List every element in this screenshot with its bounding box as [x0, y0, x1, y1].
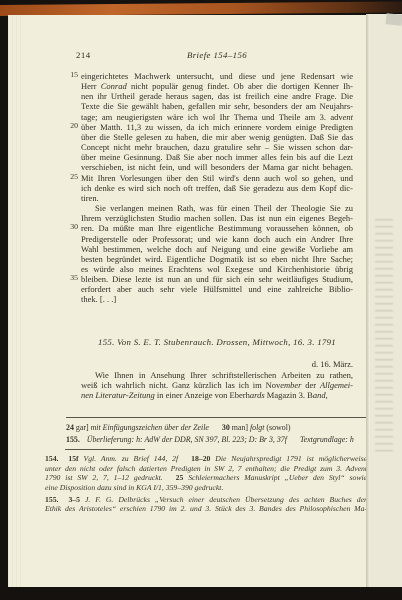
footnote-entry: 155. 3–5 J. F. G. Delbrücks „Versuch ein… — [45, 495, 367, 514]
text-line: ren. Da müßte man Ihre eigentliche Besti… — [81, 223, 353, 233]
apparatus-rule — [66, 417, 366, 418]
text-segment: folgt — [250, 423, 266, 432]
text-line: Wahl bestimmen, welche doch auf Neigung … — [81, 244, 353, 254]
text-segment: and, — [313, 390, 328, 400]
text-segment: tage; am neugierigsten wäre ich wol Ihr … — [81, 112, 343, 122]
text-segment: besten begründet wird. Eigentliche Dogma… — [81, 254, 353, 264]
text-line: Sie verlangen meinen Rath, was für einen… — [81, 203, 353, 213]
text-line: Ethik des Aristoteles“ erschien 1790 im … — [45, 504, 367, 514]
text-line: Ihrem verzüglichsten Studio machen solle… — [81, 213, 353, 223]
text-segment: ember — [280, 380, 301, 390]
text-line: weiß ich wahrlich nicht. Ganz kürzlich l… — [81, 380, 353, 390]
text-segment: Concept nicht mehr brauchen, dazu gratul… — [81, 142, 353, 152]
critical-apparatus: 24 gar] mit Einfügungszeichen über der Z… — [66, 422, 366, 446]
text-segment: 15f — [68, 454, 83, 463]
text-segment: gar] — [76, 423, 91, 432]
text-line: Predigerstelle oder Professorat; und wie… — [81, 234, 353, 244]
text-line: über Matth. 11,3 zu wissen, da ich mich … — [81, 122, 353, 132]
text-line: nen Literatur-Zeitung in einer Anzeige v… — [81, 390, 353, 400]
letter-155-dateline: d. 16. März. — [81, 359, 353, 369]
text-line: Wie Ihnen in Ansehung Ihrer schriftstell… — [81, 370, 353, 380]
text-segment: tiren. — [81, 193, 99, 203]
text-line: unter den nicht oder falsch datierten Pr… — [45, 464, 367, 474]
text-line: nen ihr Urtheil gerade heraus sagen, das… — [81, 91, 353, 101]
text-segment: der — [301, 380, 319, 390]
text-line: 155. 3–5 J. F. G. Delbrücks „Versuch ein… — [45, 495, 367, 505]
text-segment: Wie Ihnen in Ansehung Ihrer schriftstell… — [95, 370, 353, 380]
text-line: 1790 ist SW 2, 7, 1–12 gedruckt.25 Schle… — [45, 473, 367, 483]
text-line: tage; am neugierigsten wäre ich wol Ihr … — [81, 112, 353, 122]
text-segment: Wahl bestimmen, welche doch auf Neigung … — [81, 244, 353, 254]
text-line: Texte die Sie gewählt haben, gefallen mi… — [81, 101, 353, 111]
text-segment: unter den nicht oder falsch datierten Pr… — [45, 464, 367, 473]
text-segment: 25 — [176, 473, 189, 482]
text-segment: 155. — [66, 435, 82, 444]
letter-155-body-text: Wie Ihnen in Ansehung Ihrer schriftstell… — [81, 370, 353, 400]
text-segment: es würde also meines Erachtens wol Exege… — [81, 264, 353, 274]
text-line: tiren. — [81, 193, 353, 203]
text-segment: man] — [232, 423, 250, 432]
scanned-book-photo: { "colors":{"page_paper":"#f1eedb","cove… — [0, 0, 402, 600]
text-segment: Magazin 3. B — [265, 390, 313, 400]
margin-line-number: 15 — [64, 70, 78, 80]
letter-154-body-text: eingerichtetes Machwerk untersucht, und … — [81, 71, 353, 305]
text-line: verschieben, ist nicht fein, und will be… — [81, 162, 353, 172]
text-segment: Predigerstelle oder Professorat; und wie… — [81, 234, 353, 244]
text-line: eine Disposition dazu sind in KGA I/1, 3… — [45, 483, 367, 493]
text-line: eingerichtetes Machwerk untersucht, und … — [81, 71, 353, 81]
letter-155-heading: 155. Von S. E. T. Stubenrauch. Drossen, … — [81, 337, 353, 347]
adjacent-page-edge — [366, 14, 402, 587]
text-segment: nen ihr Urtheil gerade heraus sagen, das… — [81, 91, 353, 101]
text-segment: Conrad — [101, 81, 127, 91]
text-line: es würde also meines Erachtens wol Exege… — [81, 264, 353, 274]
text-segment: Vgl. Anm. zu Brief 144, 2f — [84, 454, 179, 463]
footnote-rule — [65, 449, 145, 450]
margin-line-number: 35 — [64, 273, 78, 283]
margin-line-number: 25 — [64, 172, 78, 182]
margin-line-number: 30 — [64, 222, 78, 232]
text-segment: (sowol) — [266, 423, 290, 432]
text-segment: 3–5 — [68, 495, 85, 504]
text-segment: Ihrem verzüglichsten Studio machen solle… — [81, 213, 353, 223]
text-segment: thek. [. . .] — [81, 294, 116, 304]
text-segment: 18–20 — [191, 454, 215, 463]
text-segment: 155. — [45, 495, 63, 504]
text-segment: über Matth. 11,3 zu wissen, da ich mich … — [81, 122, 353, 132]
text-segment: nen Literatur-Zeitung — [81, 390, 155, 400]
page-fold-shadow — [366, 14, 370, 587]
text-segment: bleiben. Diese lezte ist nun an und für … — [81, 274, 353, 284]
text-line: bleiben. Diese lezte ist nun an und für … — [81, 274, 353, 284]
text-segment: Ethik des Aristoteles“ erschien 1790 im … — [45, 504, 367, 513]
text-segment: über meine Gesinnung. Daß Sie aber noch … — [81, 152, 353, 162]
text-segment: ards — [250, 390, 265, 400]
text-segment: 1790 ist SW 2, 7, 1–12 gedruckt. — [45, 473, 163, 482]
page-corner-highlight — [385, 13, 402, 26]
margin-line-number: 20 — [64, 121, 78, 131]
text-line: über die Stelle gelesen zu haben, die mi… — [81, 132, 353, 142]
running-title: Briefe 154–156 — [81, 50, 353, 60]
text-line: 24 gar] mit Einfügungszeichen über der Z… — [66, 422, 366, 434]
text-segment: Allgemei- — [320, 380, 353, 390]
text-segment: ent — [343, 112, 353, 122]
text-segment: weiß ich wahrlich nicht. Ganz kürzlich l… — [81, 380, 280, 390]
text-segment: in einer Anzeige von Eberh — [155, 390, 250, 400]
text-segment: 154. — [45, 454, 63, 463]
text-line: erfordert aber auch sehr viele Hülfsmitt… — [81, 284, 353, 294]
text-line: ich denke es wird sich noch oft treffen,… — [81, 183, 353, 193]
text-line: 154. 15f Vgl. Anm. zu Brief 144, 2f18–20… — [45, 454, 367, 464]
text-segment: mit Einfügungszeichen über der Zeile — [91, 423, 209, 432]
text-line: 155. Überlieferung: h: AdW der DDR, SN 3… — [66, 434, 366, 446]
text-segment: ren. Da müßte man Ihre eigentliche Besti… — [81, 223, 353, 233]
text-segment: erfordert aber auch sehr viele Hülfsmitt… — [81, 284, 353, 294]
text-segment: ich denke es wird sich noch oft treffen,… — [81, 183, 353, 193]
text-segment: eingerichtetes Machwerk untersucht, und … — [81, 71, 353, 81]
text-line: Mit Ihren Vorlesungen über den Stil wird… — [81, 173, 353, 183]
book-page: 214 Briefe 154–156 eingerichtetes Machwe… — [8, 15, 366, 587]
text-segment: Herr — [81, 81, 101, 91]
text-line: Herr Conrad nicht populär genug findet. … — [81, 81, 353, 91]
text-segment: Schleiermachers Manuskript „Ueber den St… — [188, 473, 367, 482]
text-line: über meine Gesinnung. Daß Sie aber noch … — [81, 152, 353, 162]
text-segment: Sie verlangen meinen Rath, was für einen… — [95, 203, 353, 213]
show-through-text — [375, 219, 393, 454]
text-line: besten begründet wird. Eigentliche Dogma… — [81, 254, 353, 264]
text-segment: nicht populär genug findet. Ob aber die … — [127, 81, 353, 91]
text-line: Concept nicht mehr brauchen, dazu gratul… — [81, 142, 353, 152]
text-segment: eine Disposition dazu sind in KGA I/1, 3… — [45, 483, 223, 492]
text-segment: über die Stelle gelesen zu haben, die mi… — [81, 132, 353, 142]
text-segment: Texte die Sie gewählt haben, gefallen mi… — [81, 101, 353, 111]
text-line: thek. [. . .] — [81, 294, 353, 304]
text-segment: Textgrundlage: h — [300, 435, 354, 444]
text-segment: J. F. G. Delbrücks „Versuch einer deutsc… — [85, 495, 367, 504]
text-segment: Mit Ihren Vorlesungen über den Stil wird… — [81, 173, 353, 183]
footnote-entry: 154. 15f Vgl. Anm. zu Brief 144, 2f18–20… — [45, 454, 367, 492]
book-cover-edge-stripe — [0, 1, 402, 16]
text-segment: Überlieferung: h: AdW der DDR, SN 397, B… — [87, 435, 287, 444]
text-segment: 30 — [222, 423, 232, 432]
editorial-footnotes: 154. 15f Vgl. Anm. zu Brief 144, 2f18–20… — [45, 454, 367, 514]
text-segment: Die Neujahrspredigt 1791 ist möglicherwe… — [215, 454, 367, 463]
text-segment: verschieben, ist nicht fein, und will be… — [81, 162, 353, 172]
text-segment: 24 — [66, 423, 76, 432]
